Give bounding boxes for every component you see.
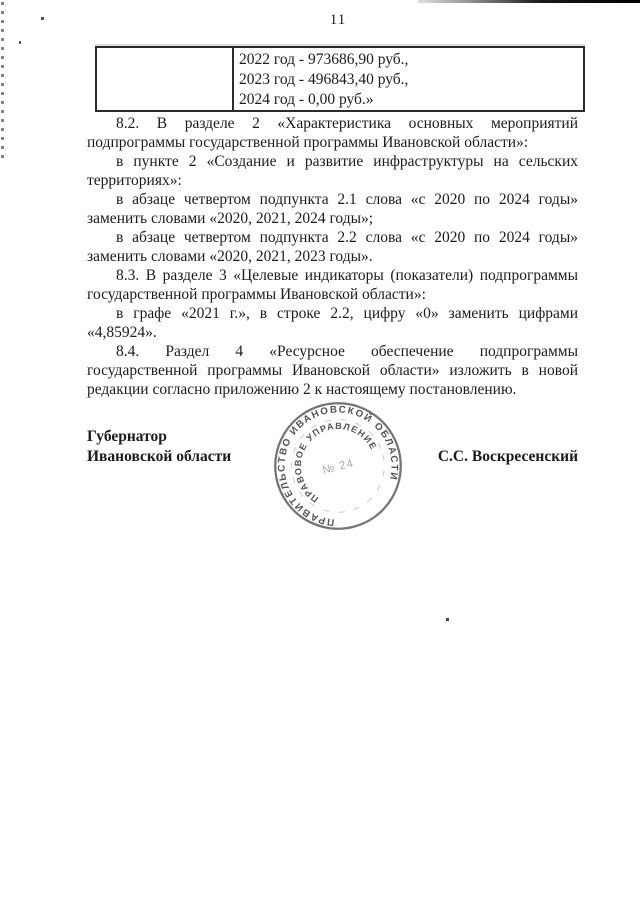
table-cell-amounts: 2022 год - 973686,90 руб., 2023 год - 49…: [234, 48, 583, 110]
paragraph-clause: в пункте 2 «Создание и развитие инфрастр…: [87, 152, 578, 190]
table-amount-line: 2024 год - 0,00 руб.»: [239, 90, 579, 110]
stamp-center-text: № 24: [321, 457, 355, 476]
round-stamp: ПРАВИТЕЛЬСТВО ИВАНОВСКОЙ ОБЛАСТИ ПРАВОВО…: [251, 379, 426, 554]
table-cell-empty: [97, 48, 234, 110]
budget-table-fragment: 2022 год - 973686,90 руб., 2023 год - 49…: [95, 46, 585, 112]
paragraph-clause: в графе «2021 г.», в строке 2.2, цифру «…: [87, 304, 578, 342]
paragraph-8-3: 8.3. В разделе 3 «Целевые индикаторы (по…: [87, 266, 578, 304]
table-amount-line: 2023 год - 496843,40 руб.,: [239, 70, 579, 90]
paragraph-8-4: 8.4. Раздел 4 «Ресурсное обеспечение под…: [87, 342, 578, 399]
scanned-document-page: { "page": { "number": "11", "background"…: [0, 0, 640, 905]
paragraph-clause: в абзаце четвертом подпункта 2.2 слова «…: [87, 228, 578, 266]
signer-name: С.С. Воскресенский: [438, 447, 578, 467]
scan-topline-artifact: [418, 0, 640, 3]
page-number: 11: [0, 12, 640, 29]
scan-speck: [19, 41, 21, 44]
table-amount-line: 2022 год - 973686,90 руб.,: [239, 50, 579, 70]
document-body: 8.2. В разделе 2 «Характеристика основны…: [87, 114, 578, 399]
paragraph-8-2: 8.2. В разделе 2 «Характеристика основны…: [87, 114, 578, 152]
paragraph-clause: в абзаце четвертом подпункта 2.1 слова «…: [87, 190, 578, 228]
scan-speck: [446, 618, 449, 621]
